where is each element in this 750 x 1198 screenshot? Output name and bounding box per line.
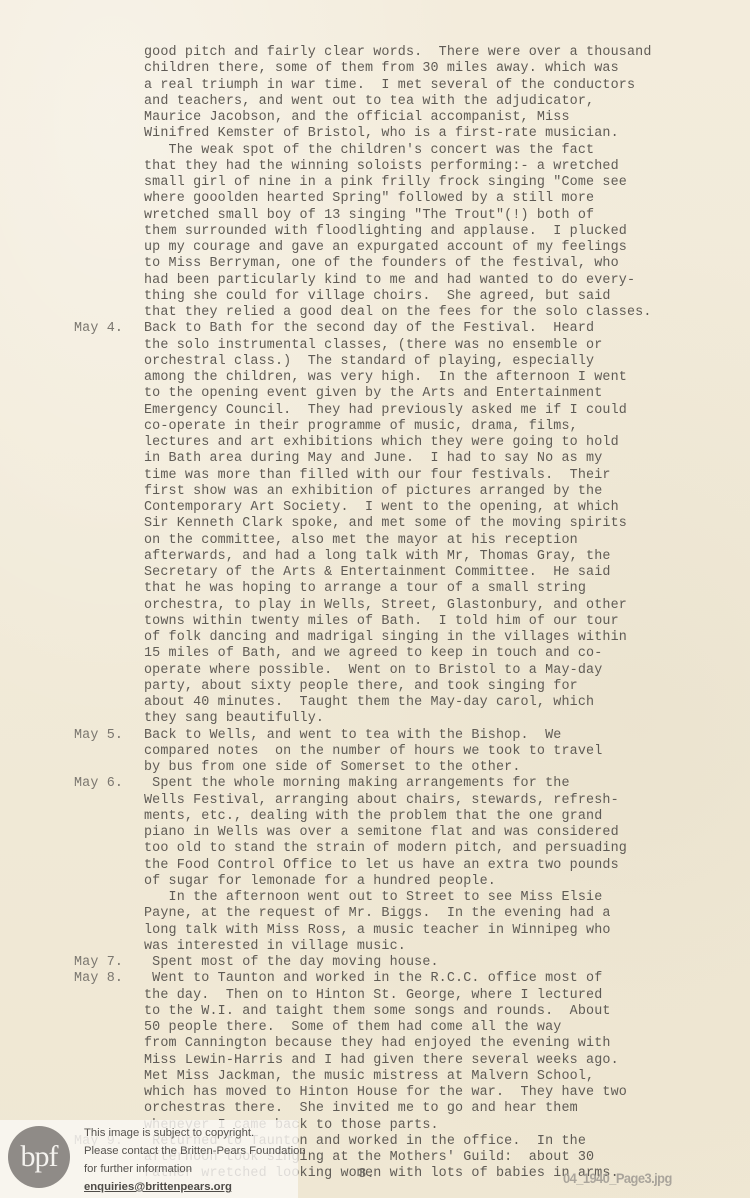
line-text: ments, etc., dealing with the problem th…: [144, 809, 602, 824]
line-text: Wells Festival, arranging about chairs, …: [144, 793, 619, 808]
line-text: Secretary of the Arts & Entertainment Co…: [144, 565, 611, 580]
text-line: party, about sixty people there, and too…: [74, 679, 734, 695]
text-line: In the afternoon went out to Street to s…: [74, 890, 734, 906]
text-line: long talk with Miss Ross, a music teache…: [74, 923, 734, 939]
line-text: the solo instrumental classes, (there wa…: [144, 338, 602, 353]
line-text: co-operate in their programme of music, …: [144, 419, 578, 434]
line-text: that he was hoping to arrange a tour of …: [144, 581, 586, 596]
text-line: piano in Wells was over a semitone flat …: [74, 825, 734, 841]
text-line: to the opening event given by the Arts a…: [74, 386, 734, 402]
text-line: in Bath area during May and June. I had …: [74, 451, 734, 467]
text-line: time was more than filled with our four …: [74, 468, 734, 484]
text-line: up my courage and gave an expurgated acc…: [74, 240, 734, 256]
text-line: among the children, was very high. In th…: [74, 370, 734, 386]
entry-date: May 5.: [74, 728, 144, 744]
text-line: and teachers, and went out to tea with t…: [74, 94, 734, 110]
text-line: on the committee, also met the mayor at …: [74, 533, 734, 549]
copyright-line-3: for further information: [84, 1160, 306, 1178]
line-text: piano in Wells was over a semitone flat …: [144, 825, 619, 840]
text-line: to Miss Berryman, one of the founders of…: [74, 256, 734, 272]
line-text: to the W.I. and taight them some songs a…: [144, 1004, 611, 1019]
text-line: was interested in village music.: [74, 939, 734, 955]
text-line: orchestra, to play in Wells, Street, Gla…: [74, 598, 734, 614]
text-line: co-operate in their programme of music, …: [74, 419, 734, 435]
line-text: compared notes on the number of hours we…: [144, 744, 602, 759]
line-text: Met Miss Jackman, the music mistress at …: [144, 1069, 594, 1084]
bpf-logo-icon: bpf: [8, 1126, 70, 1188]
line-text: on the committee, also met the mayor at …: [144, 533, 578, 548]
text-line: which has moved to Hinton House for the …: [74, 1085, 734, 1101]
text-line: ments, etc., dealing with the problem th…: [74, 809, 734, 825]
line-text: that they relied a good deal on the fees…: [144, 305, 652, 320]
text-line: May 8. Went to Taunton and worked in the…: [74, 971, 734, 987]
text-line: that they relied a good deal on the fees…: [74, 305, 734, 321]
text-line: of folk dancing and madrigal singing in …: [74, 630, 734, 646]
text-line: Winifred Kemster of Bristol, who is a fi…: [74, 126, 734, 142]
text-line: Emergency Council. They had previously a…: [74, 403, 734, 419]
line-text: small girl of nine in a pink frilly froc…: [144, 175, 627, 190]
line-text: the Food Control Office to let us have a…: [144, 858, 619, 873]
line-text: time was more than filled with our four …: [144, 468, 611, 483]
line-text: Miss Lewin-Harris and I had given there …: [144, 1053, 619, 1068]
line-text: to the opening event given by the Arts a…: [144, 386, 602, 401]
line-text: Contemporary Art Society. I went to the …: [144, 500, 619, 515]
text-line: thing she could for village choirs. She …: [74, 289, 734, 305]
document-page: good pitch and fairly clear words. There…: [0, 0, 750, 1198]
text-line: the Food Control Office to let us have a…: [74, 858, 734, 874]
text-line: about 40 minutes. Taught them the May-da…: [74, 695, 734, 711]
line-text: thing she could for village choirs. She …: [144, 289, 611, 304]
line-text: In the afternoon went out to Street to s…: [144, 890, 602, 905]
line-text: by bus from one side of Somerset to the …: [144, 760, 521, 775]
text-line: to the W.I. and taight them some songs a…: [74, 1004, 734, 1020]
text-line: first show was an exhibition of pictures…: [74, 484, 734, 500]
page-number: 3.: [358, 1166, 375, 1182]
text-line: the day. Then on to Hinton St. George, w…: [74, 988, 734, 1004]
text-line: too old to stand the strain of modern pi…: [74, 841, 734, 857]
text-line: small girl of nine in a pink frilly froc…: [74, 175, 734, 191]
text-line: Miss Lewin-Harris and I had given there …: [74, 1053, 734, 1069]
line-text: and teachers, and went out to tea with t…: [144, 94, 594, 109]
text-line: had been particularly kind to me and had…: [74, 273, 734, 289]
text-line: the solo instrumental classes, (there wa…: [74, 338, 734, 354]
line-text: Emergency Council. They had previously a…: [144, 403, 627, 418]
text-line: Wells Festival, arranging about chairs, …: [74, 793, 734, 809]
line-text: first show was an exhibition of pictures…: [144, 484, 602, 499]
line-text: Winifred Kemster of Bristol, who is a fi…: [144, 126, 619, 141]
copyright-notice: This image is subject to copyright. Plea…: [84, 1124, 306, 1196]
entry-date: May 7.: [74, 955, 144, 971]
typewritten-body: good pitch and fairly clear words. There…: [74, 45, 734, 1183]
line-text: Back to Bath for the second day of the F…: [144, 321, 594, 336]
line-text: up my courage and gave an expurgated acc…: [144, 240, 627, 255]
text-line: where gooolden hearted Spring" followed …: [74, 191, 734, 207]
line-text: a real triumph in war time. I met severa…: [144, 78, 635, 93]
entry-date: May 8.: [74, 971, 144, 987]
line-text: good pitch and fairly clear words. There…: [144, 45, 652, 60]
text-line: compared notes on the number of hours we…: [74, 744, 734, 760]
line-text: wretched small boy of 13 singing "The Tr…: [144, 208, 594, 223]
line-text: Payne, at the request of Mr. Biggs. In t…: [144, 906, 611, 921]
line-text: The weak spot of the children's concert …: [144, 143, 594, 158]
line-text: was interested in village music.: [144, 939, 406, 954]
text-line: May 4.Back to Bath for the second day of…: [74, 321, 734, 337]
line-text: of sugar for lemonade for a hundred peop…: [144, 874, 496, 889]
line-text: in Bath area during May and June. I had …: [144, 451, 602, 466]
text-line: May 7. Spent most of the day moving hous…: [74, 955, 734, 971]
text-line: 15 miles of Bath, and we agreed to keep …: [74, 646, 734, 662]
text-line: good pitch and fairly clear words. There…: [74, 45, 734, 61]
text-line: they sang beautifully.: [74, 711, 734, 727]
text-line: lectures and art exhibitions which they …: [74, 435, 734, 451]
line-text: of folk dancing and madrigal singing in …: [144, 630, 627, 645]
line-text: 15 miles of Bath, and we agreed to keep …: [144, 646, 602, 661]
text-line: of sugar for lemonade for a hundred peop…: [74, 874, 734, 890]
text-line: Secretary of the Arts & Entertainment Co…: [74, 565, 734, 581]
text-line: that they had the winning soloists perfo…: [74, 159, 734, 175]
line-text: Maurice Jacobson, and the official accom…: [144, 110, 570, 125]
line-text: lectures and art exhibitions which they …: [144, 435, 619, 450]
text-line: May 6. Spent the whole morning making ar…: [74, 776, 734, 792]
text-line: that he was hoping to arrange a tour of …: [74, 581, 734, 597]
line-text: about 40 minutes. Taught them the May-da…: [144, 695, 594, 710]
line-text: Went to Taunton and worked in the R.C.C.…: [144, 971, 602, 986]
line-text: the day. Then on to Hinton St. George, w…: [144, 988, 602, 1003]
line-text: where gooolden hearted Spring" followed …: [144, 191, 594, 206]
line-text: to Miss Berryman, one of the founders of…: [144, 256, 619, 271]
line-text: Spent the whole morning making arrangeme…: [144, 776, 570, 791]
entry-date: May 6.: [74, 776, 144, 792]
line-text: orchestra, to play in Wells, Street, Gla…: [144, 598, 627, 613]
copyright-line-2: Please contact the Britten-Pears Foundat…: [84, 1142, 306, 1160]
line-text: which has moved to Hinton House for the …: [144, 1085, 627, 1100]
line-text: operate where possible. Went on to Brist…: [144, 663, 602, 678]
text-line: May 5.Back to Wells, and went to tea wit…: [74, 728, 734, 744]
text-line: Maurice Jacobson, and the official accom…: [74, 110, 734, 126]
line-text: too old to stand the strain of modern pi…: [144, 841, 627, 856]
text-line: them surrounded with floodlighting and a…: [74, 224, 734, 240]
line-text: Back to Wells, and went to tea with the …: [144, 728, 561, 743]
line-text: orchestral class.) The standard of playi…: [144, 354, 594, 369]
line-text: them surrounded with floodlighting and a…: [144, 224, 627, 239]
text-line: Met Miss Jackman, the music mistress at …: [74, 1069, 734, 1085]
text-line: Sir Kenneth Clark spoke, and met some of…: [74, 516, 734, 532]
image-filename: 04_1940_Page3.jpg: [563, 1170, 672, 1186]
line-text: towns within twenty miles of Bath. I tol…: [144, 614, 619, 629]
text-line: afterwards, and had a long talk with Mr,…: [74, 549, 734, 565]
copyright-line-1: This image is subject to copyright.: [84, 1124, 306, 1142]
text-line: wretched small boy of 13 singing "The Tr…: [74, 208, 734, 224]
line-text: 50 people there. Some of them had come a…: [144, 1020, 561, 1035]
text-line: orchestral class.) The standard of playi…: [74, 354, 734, 370]
contact-email-link[interactable]: enquiries@brittenpears.org: [84, 1178, 306, 1196]
text-line: towns within twenty miles of Bath. I tol…: [74, 614, 734, 630]
text-line: by bus from one side of Somerset to the …: [74, 760, 734, 776]
line-text: from Cannington because they had enjoyed…: [144, 1036, 611, 1051]
text-line: The weak spot of the children's concert …: [74, 143, 734, 159]
line-text: children there, some of them from 30 mil…: [144, 61, 619, 76]
line-text: party, about sixty people there, and too…: [144, 679, 578, 694]
line-text: they sang beautifully.: [144, 711, 324, 726]
line-text: that they had the winning soloists perfo…: [144, 159, 619, 174]
line-text: orchestras there. She invited me to go a…: [144, 1101, 578, 1116]
line-text: Spent most of the day moving house.: [144, 955, 439, 970]
line-text: had been particularly kind to me and had…: [144, 273, 635, 288]
text-line: a real triumph in war time. I met severa…: [74, 78, 734, 94]
line-text: Sir Kenneth Clark spoke, and met some of…: [144, 516, 627, 531]
text-line: operate where possible. Went on to Brist…: [74, 663, 734, 679]
text-line: 50 people there. Some of them had come a…: [74, 1020, 734, 1036]
entry-date: May 4.: [74, 321, 144, 337]
line-text: afterwards, and had a long talk with Mr,…: [144, 549, 611, 564]
text-line: children there, some of them from 30 mil…: [74, 61, 734, 77]
text-line: Payne, at the request of Mr. Biggs. In t…: [74, 906, 734, 922]
text-line: from Cannington because they had enjoyed…: [74, 1036, 734, 1052]
line-text: long talk with Miss Ross, a music teache…: [144, 923, 611, 938]
text-line: orchestras there. She invited me to go a…: [74, 1101, 734, 1117]
text-line: Contemporary Art Society. I went to the …: [74, 500, 734, 516]
line-text: among the children, was very high. In th…: [144, 370, 627, 385]
